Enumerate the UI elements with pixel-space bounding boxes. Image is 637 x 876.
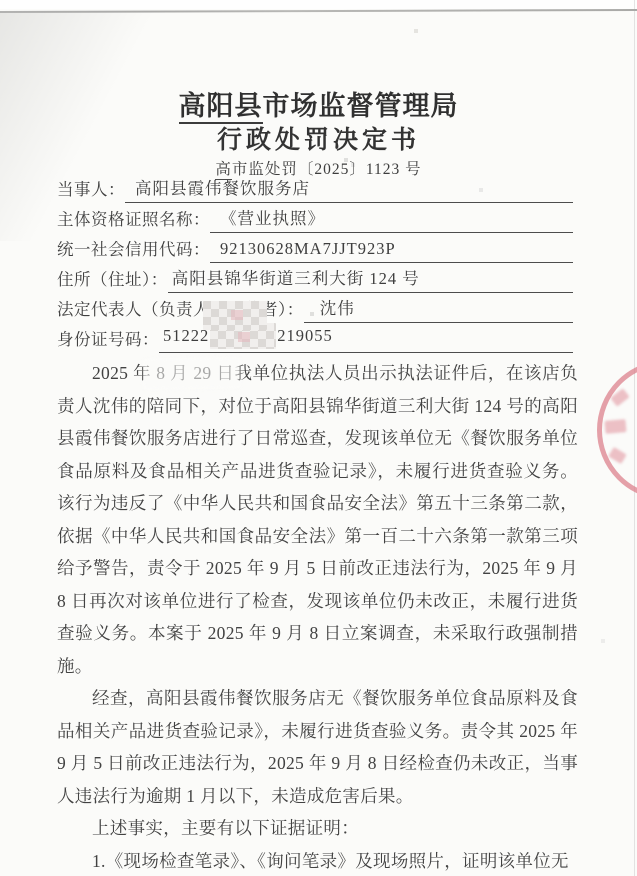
field-label-license-name: 主体资格证照名称： bbox=[57, 206, 210, 233]
field-value-legal-representative: 沈伟 bbox=[304, 295, 573, 323]
field-label-credit-code: 统一社会信用代码： bbox=[57, 236, 210, 263]
agency-name-rest: 市场监督管理局 bbox=[263, 91, 459, 121]
field-row-legal-representative: 法定代表人（负责人、经营者）： 沈伟 bbox=[57, 293, 573, 323]
body-paragraph-evidence-item-1: 1.《现场检查笔录》、《询问笔录》及现场照片，证明该单位无 bbox=[57, 845, 578, 876]
field-value-license-name: 《营业执照》 bbox=[210, 205, 573, 233]
field-value-party: 高阳县霞伟餐饮服务店 bbox=[125, 175, 573, 203]
scanned-penalty-decision-document: 高阳县市场监督管理局 行政处罚决定书 高市监处罚〔2025〕1123 号 当事人… bbox=[0, 0, 637, 876]
field-row-license-name: 主体资格证照名称： 《营业执照》 bbox=[57, 203, 573, 233]
seal-text-blur-fragment bbox=[604, 419, 626, 434]
body-paragraph-inspection: 2025 年 8 月 29 日我单位执法人员出示执法证件后，在该店负责人沈伟的陪… bbox=[57, 357, 578, 682]
scan-fade-smudge bbox=[146, 360, 238, 387]
field-row-credit-code: 统一社会信用代码： 92130628MA7JJT923P bbox=[57, 233, 573, 263]
field-row-party: 当事人： 高阳县霞伟餐饮服务店 bbox=[57, 173, 573, 203]
redaction-mosaic-legal-rep-label bbox=[203, 301, 267, 330]
field-label-party: 当事人： bbox=[57, 176, 125, 203]
body-paragraph-evidence-intro: 上述事实，主要有以下证据证明： bbox=[57, 812, 578, 845]
party-info-fields: 当事人： 高阳县霞伟餐饮服务店 主体资格证照名称： 《营业执照》 统一社会信用代… bbox=[57, 173, 573, 353]
field-row-address: 住所（住址）： 高阳县锦华街道三利大街 124 号 bbox=[57, 263, 573, 293]
body-paragraph-findings: 经查，高阳县霞伟餐饮服务店无《餐饮服务单位食品原料及食品相关产品进货查验记录》，… bbox=[57, 682, 578, 812]
field-value-credit-code: 92130628MA7JJT923P bbox=[210, 239, 573, 263]
field-label-address: 住所（住址）： bbox=[57, 266, 168, 293]
scan-top-strip bbox=[0, 0, 637, 9]
field-label-id-number: 身份证号码： bbox=[57, 326, 159, 353]
decision-body-text: 2025 年 8 月 29 日我单位执法人员出示执法证件后，在该店负责人沈伟的陪… bbox=[57, 357, 578, 876]
scan-noise-speckles bbox=[0, 0, 2, 2]
field-value-address: 高阳县锦华街道三利大街 124 号 bbox=[168, 265, 573, 293]
agency-name: 高阳县市场监督管理局 bbox=[0, 84, 637, 123]
field-row-id-number: 身份证号码： 51222219055 bbox=[57, 323, 573, 353]
id-number-suffix: 219055 bbox=[277, 326, 333, 345]
document-title: 行政处罚决定书 bbox=[0, 120, 637, 156]
